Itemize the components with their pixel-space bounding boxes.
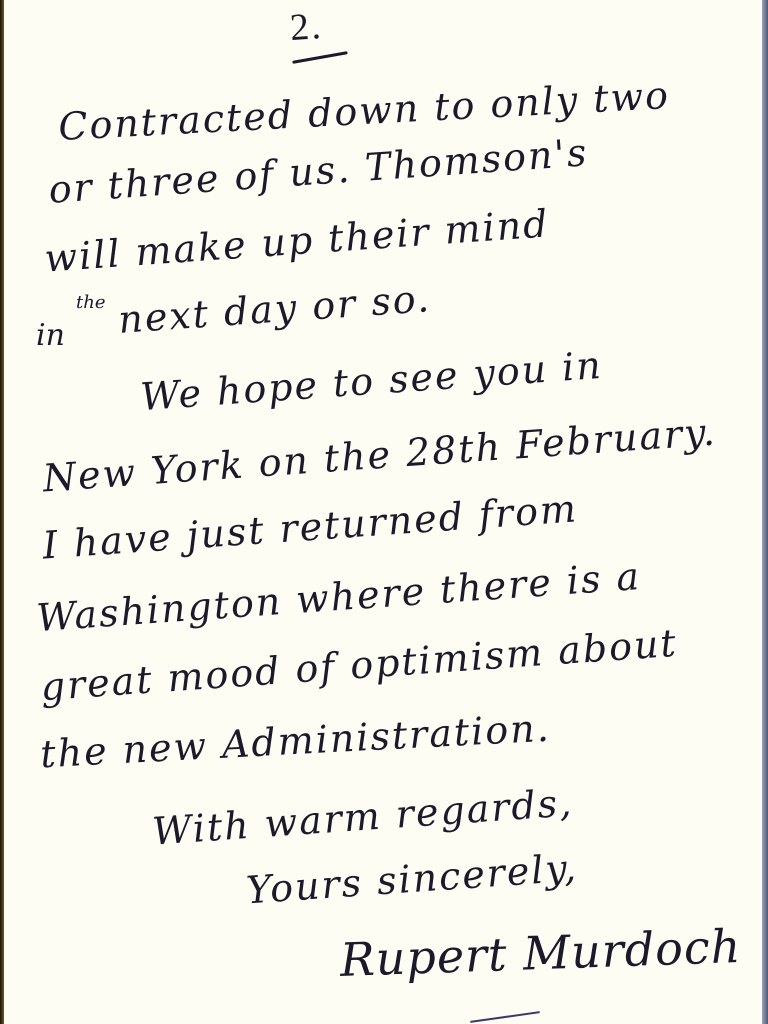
page-left-edge bbox=[0, 0, 4, 1024]
letter-line-8: Washington where there is a bbox=[35, 557, 642, 637]
insertion-prefix: in bbox=[36, 318, 65, 353]
insertion-word: the bbox=[76, 292, 105, 313]
signature: Rupert Murdoch bbox=[339, 923, 742, 983]
letter-page: 2. Contracted down to only two or three … bbox=[0, 0, 768, 1024]
letter-line-9: great mood of optimism about bbox=[39, 624, 678, 706]
signature-flourish bbox=[470, 1011, 540, 1023]
letter-line-4: next day or so. bbox=[117, 279, 432, 339]
page-right-edge bbox=[762, 0, 768, 1024]
closing-valediction: Yours sincerely, bbox=[245, 848, 579, 909]
letter-line-5: We hope to see you in bbox=[139, 346, 604, 416]
letter-line-7: I have just returned from bbox=[41, 489, 579, 564]
page-number: 2. bbox=[289, 7, 324, 47]
page-number-underline bbox=[292, 51, 348, 64]
letter-line-3: will make up their mind bbox=[43, 204, 550, 277]
letter-line-6: New York on the 28th February. bbox=[41, 412, 717, 497]
closing-regards: With warm regards, bbox=[151, 783, 574, 850]
letter-line-10: the new Administration. bbox=[39, 709, 551, 774]
